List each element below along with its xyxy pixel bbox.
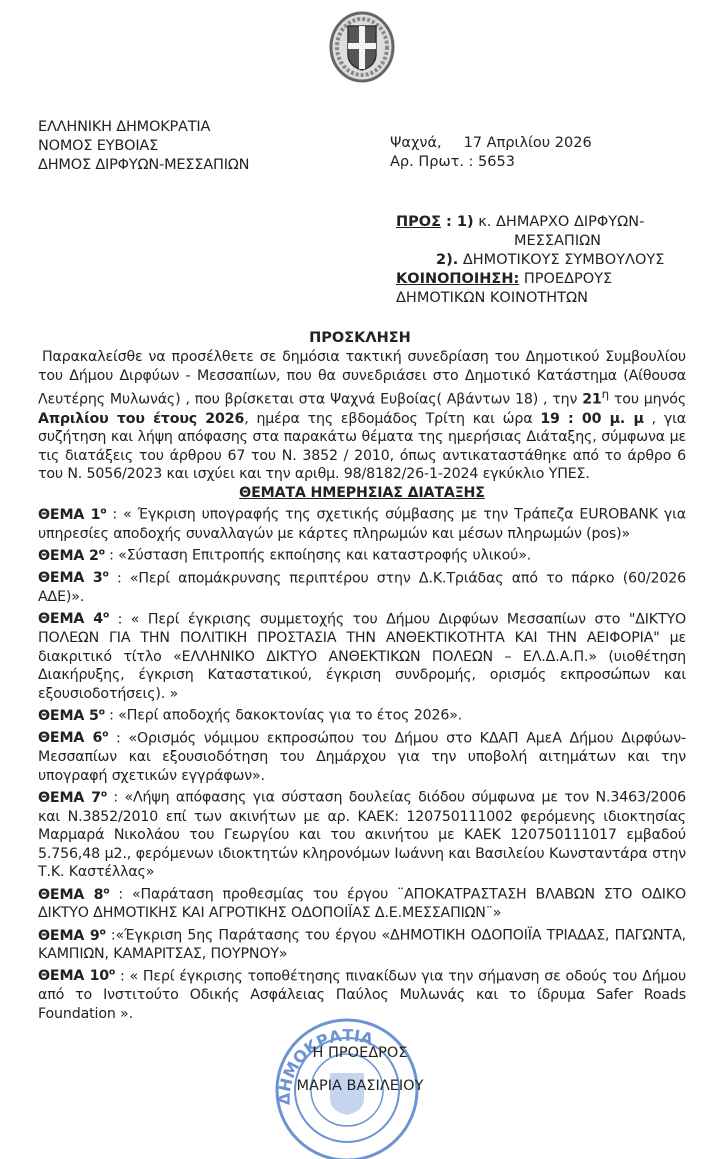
document-title: ΠΡΟΣΚΛΗΣΗ xyxy=(0,330,720,346)
day-suffix: η xyxy=(602,387,609,401)
recipient-2: ΔΗΜΟΤΙΚΟΥΣ ΣΥΜΒΟΥΛΟΥΣ xyxy=(458,252,664,268)
agenda-item: ΘΕΜΑ 7ο : «Λήψη απόφασης για σύσταση δου… xyxy=(38,785,686,882)
cc-recipient-cont: ΔΗΜΟΤΙΚΩΝ ΚΟΙΝΟΤΗΤΩΝ xyxy=(396,289,716,308)
issuer-line: ΔΗΜΟΣ ΔΙΡΦΥΩΝ-ΜΕΣΣΑΠΙΩΝ xyxy=(38,156,249,175)
agenda-item-text: : « Περί έγκρισης συμμετοχής του Δήμου Δ… xyxy=(38,611,686,701)
agenda-item-label: ΘΕΜΑ 1ο xyxy=(38,507,106,523)
meeting-time: 19 : 00 μ. μ xyxy=(540,411,643,427)
agenda-item-text: : «Παράταση προθεσμίας του έργου ¨ΑΠΟΚΑΤ… xyxy=(38,887,686,922)
recipients-block: ΠΡΟΣ : 1) κ. ΔΗΜΑΡΧΟ ΔΙΡΦΥΩΝ- ΜΕΣΣΑΠΙΩΝ … xyxy=(396,213,716,308)
meeting-day: 21 xyxy=(582,392,601,408)
recipient-2-number: 2). xyxy=(436,252,458,268)
agenda-item-label: ΘΕΜΑ 7ο xyxy=(38,790,107,806)
agenda-item-text: : « Περί έγκρισης τοποθέτησης πινακίδων … xyxy=(38,968,686,1021)
agenda-item-text: : «Περί αποδοχής δακοκτονίας για το έτος… xyxy=(105,708,462,724)
agenda-item: ΘΕΜΑ 5ο : «Περί αποδοχής δακοκτονίας για… xyxy=(38,703,686,725)
agenda-item-label: ΘΕΜΑ 4ο xyxy=(38,611,109,627)
agenda-item-text: :«Έγκριση 5ης Παράτασης του έργου «ΔΗΜΟΤ… xyxy=(38,928,686,963)
signatory-role: Η ΠΡΟΕΔΡΟΣ xyxy=(0,1045,720,1061)
agenda-item: ΘΕΜΑ 4ο : « Περί έγκρισης συμμετοχής του… xyxy=(38,607,686,704)
cc-label: ΚΟΙΝΟΠΟΙΗΣΗ: xyxy=(396,271,519,287)
cc-recipient: ΠΡΟΕΔΡΟΥΣ xyxy=(519,271,612,287)
to-separator: : xyxy=(441,214,457,230)
date-protocol-block: Ψαχνά,17 Απριλίου 2026 Αρ. Πρωτ. : 5653 xyxy=(390,134,592,172)
recipient-1: κ. ΔΗΜΑΡΧΟ ΔΙΡΦΥΩΝ- xyxy=(474,214,645,230)
invitation-document: ΕΛΛΗΝΙΚΗ ΔΗΜΟΚΡΑΤΙΑ ΝΟΜΟΣ ΕΥΒΟΙΑΣ ΔΗΜΟΣ … xyxy=(0,0,720,1159)
protocol-label: Αρ. Πρωτ. : xyxy=(390,154,473,170)
agenda-item-text: : «Σύσταση Επιτροπής εκποίησης και κατασ… xyxy=(105,548,531,564)
agenda-list: ΘΕΜΑ 1ο : « Έγκριση υπογραφής της σχετικ… xyxy=(38,502,686,1023)
intro-text: , ημέρα της εβδομάδος Τρίτη και ώρα xyxy=(244,411,540,427)
agenda-item: ΘΕΜΑ 8ο : «Παράταση προθεσμίας του έργου… xyxy=(38,882,686,923)
agenda-item: ΘΕΜΑ 1ο : « Έγκριση υπογραφής της σχετικ… xyxy=(38,502,686,543)
agenda-item-label: ΘΕΜΑ 5ο xyxy=(38,708,105,724)
meeting-month: Απριλίου του έτους 2026 xyxy=(38,411,244,427)
recipient-1-cont: ΜΕΣΣΑΠΙΩΝ xyxy=(396,232,716,251)
agenda-item: ΘΕΜΑ 6ο : «Ορισμός νόμιμου εκπροσώπου το… xyxy=(38,726,686,786)
recipient-1-number: 1) xyxy=(457,214,474,230)
agenda-title: ΘΕΜΑΤΑ ΗΜΕΡΗΣΙΑΣ ΔΙΑΤΑΞΗΣ xyxy=(38,484,686,503)
date: 17 Απριλίου 2026 xyxy=(464,135,592,151)
agenda-item-label: ΘΕΜΑ 8ο xyxy=(38,887,109,903)
agenda-item-label: ΘΕΜΑ 10ο xyxy=(38,968,115,984)
issuer-header: ΕΛΛΗΝΙΚΗ ΔΗΜΟΚΡΑΤΙΑ ΝΟΜΟΣ ΕΥΒΟΙΑΣ ΔΗΜΟΣ … xyxy=(38,118,249,175)
agenda-item-text: : «Περί απομάκρυνσης περιπτέρου στην Δ.Κ… xyxy=(38,570,686,605)
intro-text: του μηνός xyxy=(609,392,686,408)
greek-coat-of-arms-icon xyxy=(328,10,396,84)
protocol-number: 5653 xyxy=(478,154,515,170)
issuer-line: ΕΛΛΗΝΙΚΗ ΔΗΜΟΚΡΑΤΙΑ xyxy=(38,118,249,137)
signatory-name: ΜΑΡΙΑ ΒΑΣΙΛΕΙΟΥ xyxy=(0,1078,720,1094)
to-label: ΠΡΟΣ xyxy=(396,214,441,230)
agenda-item: ΘΕΜΑ 2ο : «Σύσταση Επιτροπής εκποίησης κ… xyxy=(38,543,686,565)
intro-paragraph: Παρακαλείσθε να προσέλθετε σε δημόσια τα… xyxy=(38,348,686,484)
agenda-item-label: ΘΕΜΑ 6ο xyxy=(38,730,108,746)
agenda-item-label: ΘΕΜΑ 9ο xyxy=(38,928,106,944)
document-body: Παρακαλείσθε να προσέλθετε σε δημόσια τα… xyxy=(38,348,686,1023)
agenda-item-label: ΘΕΜΑ 3ο xyxy=(38,570,109,586)
agenda-item-text: : « Έγκριση υπογραφής της σχετικής σύμβα… xyxy=(38,507,686,542)
place: Ψαχνά, xyxy=(390,135,442,151)
agenda-item-label: ΘΕΜΑ 2ο xyxy=(38,548,105,564)
agenda-item-text: : «Λήψη απόφασης για σύσταση δουλείας δι… xyxy=(38,790,686,880)
agenda-item: ΘΕΜΑ 3ο : «Περί απομάκρυνσης περιπτέρου … xyxy=(38,566,686,607)
agenda-item-text: : «Ορισμός νόμιμου εκπροσώπου του Δήμου … xyxy=(38,730,686,783)
issuer-line: ΝΟΜΟΣ ΕΥΒΟΙΑΣ xyxy=(38,137,249,156)
agenda-item: ΘΕΜΑ 9ο :«Έγκριση 5ης Παράτασης του έργο… xyxy=(38,923,686,964)
